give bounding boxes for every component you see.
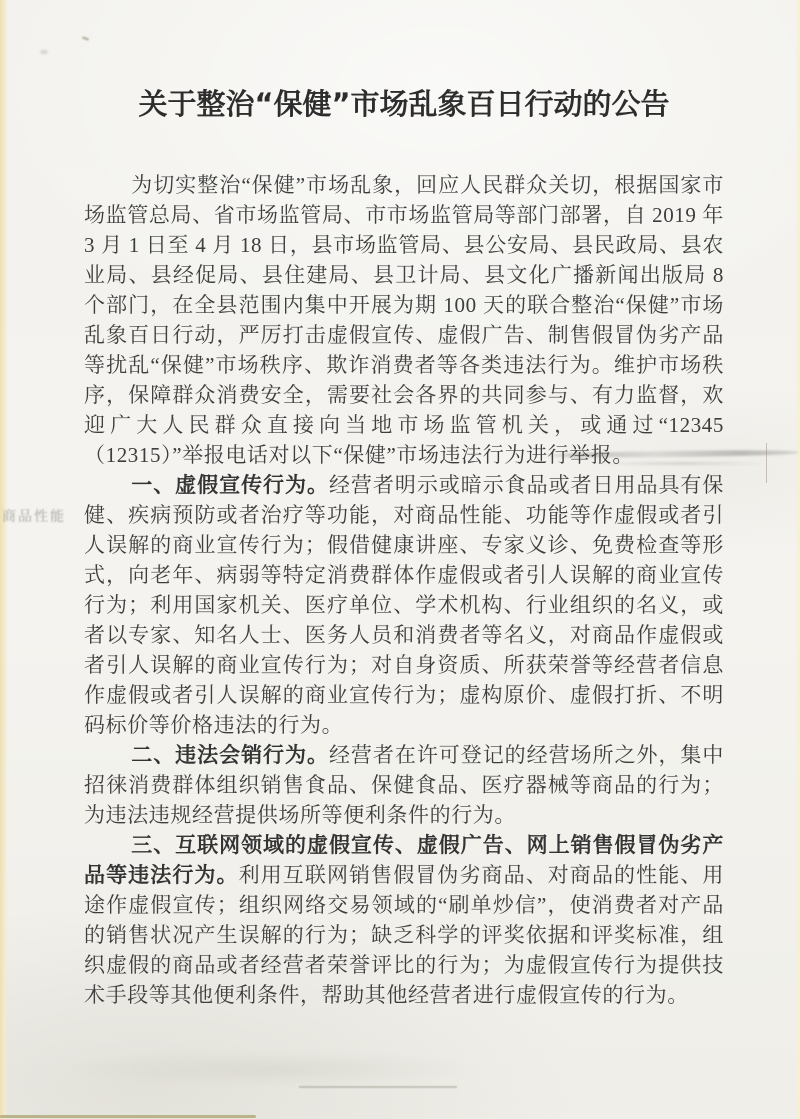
scan-vertical-line [766, 443, 767, 483]
paragraph: 为切实整治“保健”市场乱象，回应人民群众关切，根据国家市场监管总局、省市场监管局… [84, 170, 724, 470]
scan-speck [40, 50, 48, 54]
section-heading: 二、违法会销行为。 [131, 743, 329, 767]
scan-edge-left-strip [0, 0, 8, 1119]
scan-bottom-mark [0, 1115, 256, 1118]
scan-bottom-faint-mark [299, 1086, 457, 1088]
section-paragraph: 三、互联网领域的虚假宣传、虚假广告、网上销售假冒伪劣产品等违法行为。利用互联网销… [84, 830, 724, 1010]
scan-smudge [60, 1052, 480, 1086]
section-paragraph: 一、虚假宣传行为。经营者明示或暗示食品或者日用品具有保健、疾病预防或者治疗等功能… [84, 470, 724, 740]
scan-speck [82, 36, 90, 41]
section-paragraph: 二、违法会销行为。经营者在许可登记的经营场所之外，集中招徕消费群体组织销售食品、… [84, 740, 724, 830]
bleed-through-ghost-text: 商品性能 [2, 506, 82, 526]
document-title: 关于整治“保健”市场乱象百日行动的公告 [84, 84, 724, 124]
scanned-document-page: 商品性能 关于整治“保健”市场乱象百日行动的公告 为切实整治“保健”市场乱象，回… [0, 0, 800, 1119]
section-heading: 一、虚假宣传行为。 [131, 473, 329, 497]
scan-edge-right-strip [795, 0, 800, 1119]
document-body: 为切实整治“保健”市场乱象，回应人民群众关切，根据国家市场监管总局、省市场监管局… [84, 170, 724, 1010]
section-heading: 三、互联网领域的虚假宣传、虚假广告、网上销售假冒伪劣产品等违法行为。 [84, 833, 724, 887]
document-content: 关于整治“保健”市场乱象百日行动的公告 为切实整治“保健”市场乱象，回应人民群众… [84, 84, 724, 1010]
